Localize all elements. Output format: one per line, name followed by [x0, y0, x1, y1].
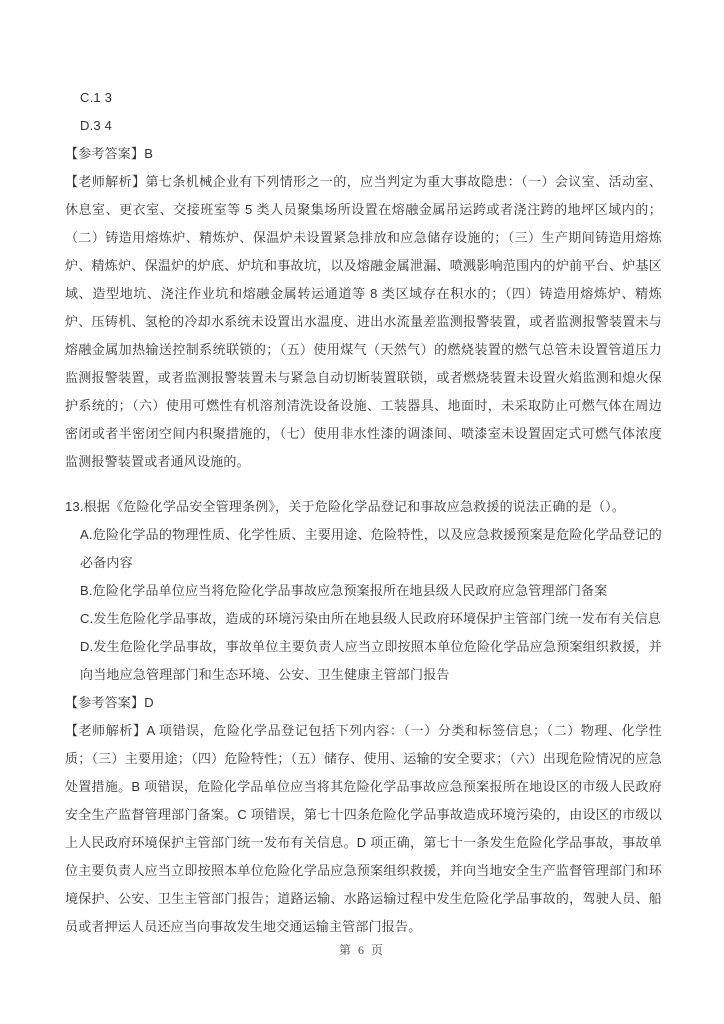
question-13-option-d: D.发生危险化学品事故，事故单位主要负责人应当立即按照本单位危险化学品应急预案组…	[80, 633, 662, 689]
page-number: 第 6 页	[0, 940, 724, 960]
prev-question-teacher-analysis: 【老师解析】第七条机械企业有下列情形之一的，应当判定为重大事故隐患：（一）会议室…	[65, 168, 662, 476]
question-13-stem: 13.根据《危险化学品安全管理条例》，关于危险化学品登记和事故应急救援的说法正确…	[65, 493, 662, 521]
question-13-teacher-analysis: 【老师解析】A 项错误，危险化学品登记包括下列内容：（一）分类和标签信息；（二）…	[65, 717, 662, 941]
question-13-option-a: A.危险化学品的物理性质、化学性质、主要用途、危险特性，以及应急救援预案是危险化…	[80, 521, 662, 577]
prev-question-option-c: C.1 3	[80, 84, 662, 112]
document-page: C.1 3 D.3 4 【参考答案】B 【老师解析】第七条机械企业有下列情形之一…	[0, 0, 724, 1024]
prev-question-reference-answer: 【参考答案】B	[65, 140, 662, 168]
question-13-option-c: C.发生危险化学品事故，造成的环境污染由所在地县级人民政府环境保护主管部门统一发…	[80, 605, 662, 633]
question-13-reference-answer: 【参考答案】D	[65, 689, 662, 717]
question-separator	[65, 476, 662, 493]
prev-question-option-d: D.3 4	[80, 112, 662, 140]
question-13-option-b: B.危险化学品单位应当将危险化学品事故应急预案报所在地县级人民政府应急管理部门备…	[80, 577, 662, 605]
page-content: C.1 3 D.3 4 【参考答案】B 【老师解析】第七条机械企业有下列情形之一…	[0, 0, 724, 941]
